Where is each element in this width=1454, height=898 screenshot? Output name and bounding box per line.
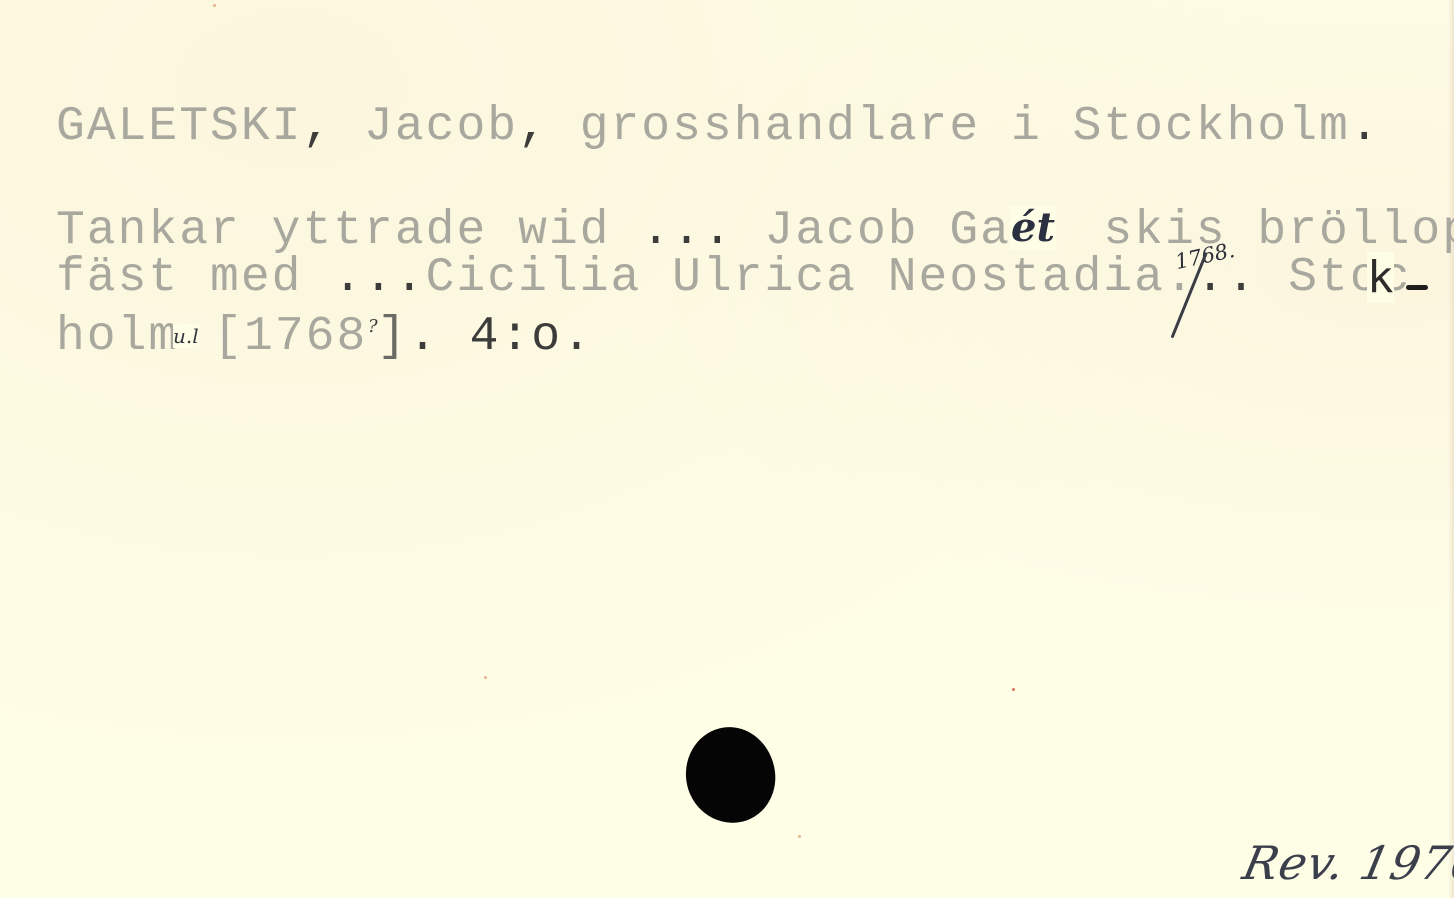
title-text: Tankar yttrade wid <box>56 204 641 258</box>
author-given-name: Jacob <box>333 100 518 154</box>
paper-speck <box>213 4 216 7</box>
punch-hole <box>680 721 781 828</box>
title-text: skis bröllops <box>1103 204 1454 258</box>
author-description: grosshandlare i Stockholm <box>549 100 1350 154</box>
handwritten-correction: ét <box>1010 206 1056 250</box>
title-text: Cicilia Ulrica Neostadia. <box>426 251 1196 305</box>
heading-comma-2: , <box>518 100 549 154</box>
handwritten-query-mark: ? <box>368 316 378 337</box>
card-edge <box>1448 0 1454 898</box>
ellipsis: ... <box>333 251 425 305</box>
imprint-bracket: ] <box>377 310 408 364</box>
handwritten-k: k <box>1367 252 1394 303</box>
handwritten-imprint-note: u.l <box>173 324 199 348</box>
imprint-format: . 4:o. <box>408 310 593 364</box>
paper-speck <box>1012 688 1015 691</box>
title-line-1: Tankar yttrade wid ... Jacob Gal skis br… <box>56 207 1454 255</box>
handwritten-hyphen <box>1406 285 1428 290</box>
heading-comma: , <box>302 100 333 154</box>
catalog-card: GALETSKI, Jacob, grosshandlare i Stockho… <box>0 0 1454 898</box>
ellipsis: ... <box>641 204 733 258</box>
handwritten-revision-note: Rev. 1970 <box>1238 836 1454 890</box>
paper-speck <box>798 835 801 838</box>
paper-speck <box>484 676 487 679</box>
author-surname: GALETSKI <box>56 100 302 154</box>
imprint-year: [1768 <box>213 310 367 364</box>
heading-period: . <box>1350 100 1381 154</box>
imprint-line: holm[1768]. 4:o. <box>56 313 593 361</box>
title-text: Jacob Gal <box>734 204 1042 258</box>
title-text: fäst med <box>56 251 333 305</box>
card-heading: GALETSKI, Jacob, grosshandlare i Stockho… <box>56 103 1381 151</box>
imprint-place: holm <box>56 310 179 364</box>
